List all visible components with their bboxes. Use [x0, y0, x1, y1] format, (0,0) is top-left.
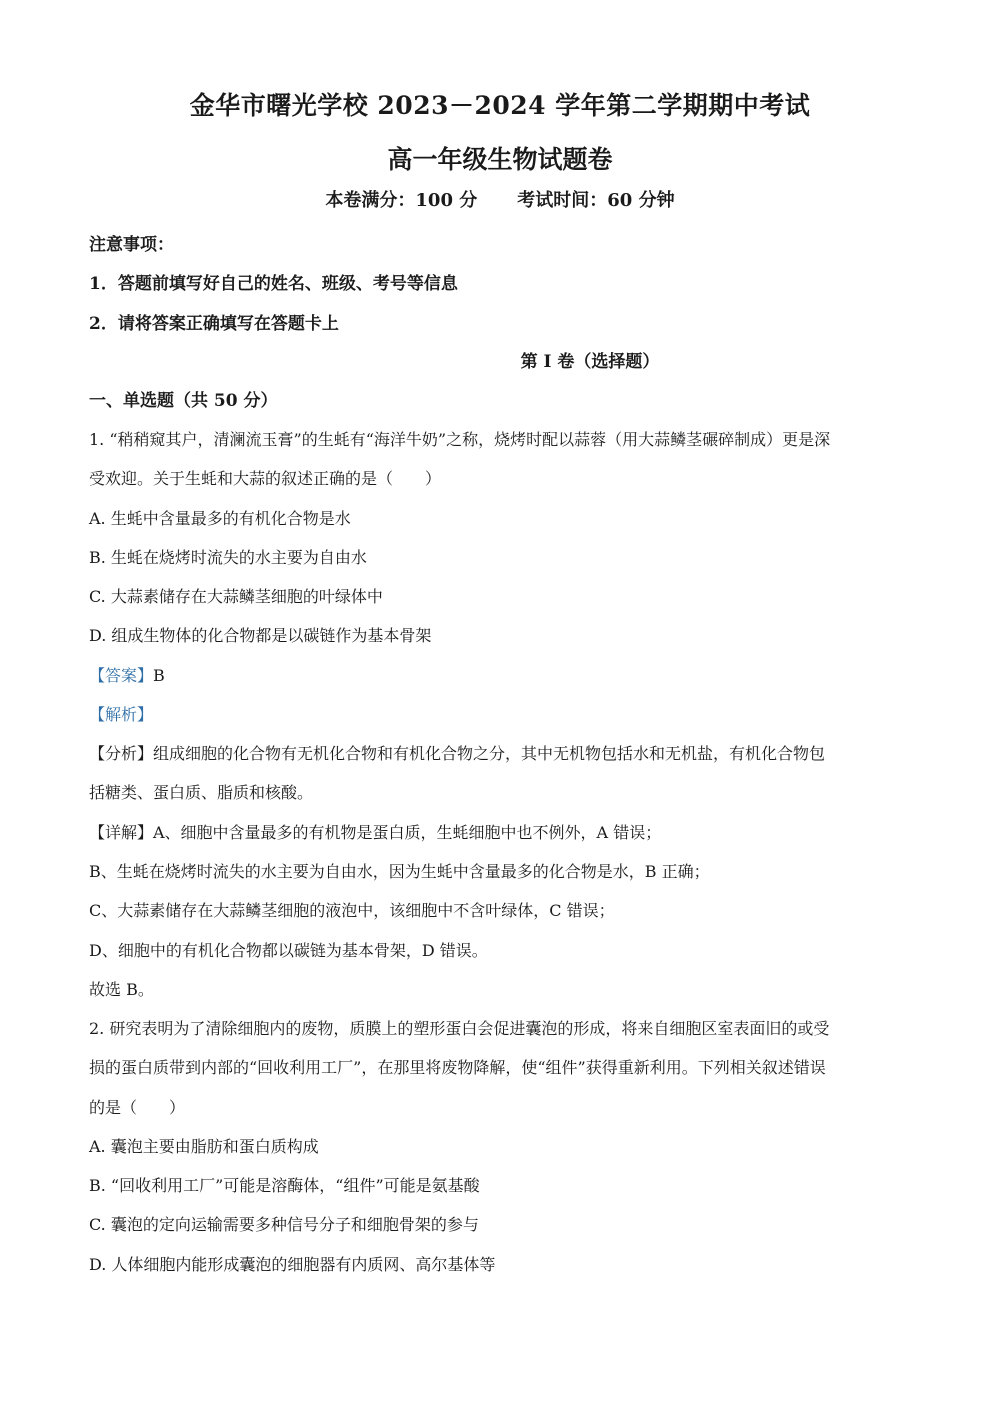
section-title: 一、单选题（共 50 分） [89, 386, 278, 411]
analysis-line: 【详解】A、细胞中含量最多的有机物是蛋白质，生蚝细胞中也不例外，A 错误； [89, 820, 661, 843]
question-1-stem: 1. “稍稍窥其户，清澜流玉膏”的生蚝有“海洋牛奶”之称，烧烤时配以蒜蓉（用大蒜… [89, 427, 830, 450]
analysis-line: 【分析】组成细胞的化合物有无机化合物和有机化合物之分，其中无机物包括水和无机盐，… [89, 741, 825, 764]
analysis-line: 括糖类、蛋白质、脂质和核酸。 [89, 780, 313, 803]
analysis-tag: 【解析】 [89, 702, 153, 725]
volume-title: 第 I 卷（选择题） [0, 347, 1000, 372]
analysis-line: D、细胞中的有机化合物都以碳链为基本骨架，D 错误。 [89, 938, 488, 961]
analysis-line: C、大蒜素储存在大蒜鳞茎细胞的液泡中，该细胞中不含叶绿体，C 错误； [89, 898, 615, 921]
question-2-stem: 损的蛋白质带到内部的“回收利用工厂”，在那里将废物降解，使“组件”获得重新利用。… [89, 1055, 826, 1078]
question-2-stem: 的是（ ） [89, 1095, 185, 1118]
question-1-stem: 受欢迎。关于生蚝和大蒜的叙述正确的是（ ） [89, 466, 441, 489]
question-1-option-d: D. 组成生物体的化合物都是以碳链作为基本骨架 [89, 623, 431, 646]
analysis-line: B、生蚝在烧烤时流失的水主要为自由水，因为生蚝中含量最多的化合物是水，B 正确； [89, 859, 710, 882]
note-item: 2．请将答案正确填写在答题卡上 [89, 309, 339, 334]
full-score: 本卷满分：100 分 [325, 190, 477, 211]
analysis-conclusion: 故选 B。 [89, 977, 154, 1000]
answer-value: B [153, 666, 165, 685]
question-2-option-c: C. 囊泡的定向运输需要多种信号分子和细胞骨架的参与 [89, 1212, 479, 1235]
exam-time: 考试时间：60 分钟 [517, 190, 674, 211]
question-2-option-d: D. 人体细胞内能形成囊泡的细胞器有内质网、高尔基体等 [89, 1252, 495, 1275]
question-2-option-a: A. 囊泡主要由脂肪和蛋白质构成 [89, 1134, 319, 1157]
question-2-stem: 2. 研究表明为了清除细胞内的废物，质膜上的塑形蛋白会促进囊泡的形成，将来自细胞… [89, 1016, 829, 1039]
exam-subtitle: 高一年级生物试题卷 [0, 140, 1000, 176]
question-1-option-c: C. 大蒜素储存在大蒜鳞茎细胞的叶绿体中 [89, 584, 383, 607]
notes-heading: 注意事项： [89, 230, 174, 255]
exam-title: 金华市曙光学校 2023－2024 学年第二学期期中考试 [0, 86, 1000, 122]
answer-tag: 【答案】 [89, 666, 153, 685]
question-1-option-b: B. 生蚝在烧烤时流失的水主要为自由水 [89, 545, 367, 568]
exam-info: 本卷满分：100 分考试时间：60 分钟 [0, 186, 1000, 212]
question-2-option-b: B. “回收利用工厂”可能是溶酶体，“组件”可能是氨基酸 [89, 1173, 480, 1196]
answer-line: 【答案】B [89, 663, 165, 686]
question-1-option-a: A. 生蚝中含量最多的有机化合物是水 [89, 506, 351, 529]
exam-page: 金华市曙光学校 2023－2024 学年第二学期期中考试 高一年级生物试题卷 本… [0, 0, 1000, 1414]
note-item: 1．答题前填写好自己的姓名、班级、考号等信息 [89, 269, 458, 294]
